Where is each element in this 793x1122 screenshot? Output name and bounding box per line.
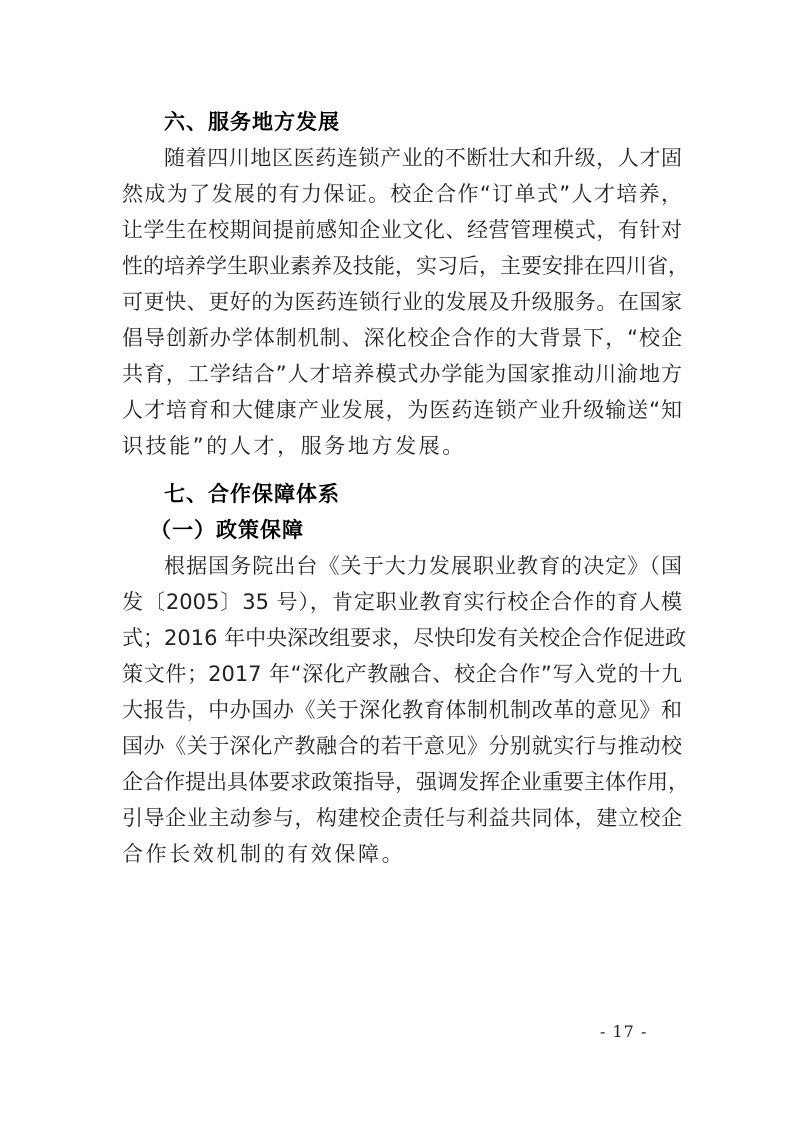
paragraph-line: 然成为了发展的有力保证。校企合作“订单式”人才培养， [122, 176, 682, 212]
page-number: - 17 - [600, 1022, 647, 1041]
paragraph-line: 随着四川地区医药连锁产业的不断壮大和升级，人才固 [164, 140, 682, 176]
subsection-heading: （一）政策保障 [150, 512, 304, 548]
paragraph-line: 引导企业主动参与，构建校企责任与利益共同体，建立校企 [122, 800, 682, 836]
paragraph-line: 可更快、更好的为医药连锁行业的发展及升级服务。在国家 [122, 284, 682, 320]
paragraph-line: 企合作提出具体要求政策指导，强调发挥企业重要主体作用， [122, 764, 682, 800]
paragraph-line: 共育，工学结合”人才培养模式办学能为国家推动川渝地方 [122, 356, 682, 392]
paragraph-line: 合作长效机制的有效保障。 [122, 836, 682, 872]
paragraph-line: 根据国务院出台《关于大力发展职业教育的决定》（国 [164, 548, 682, 584]
paragraph-line: 让学生在校期间提前感知企业文化、经营管理模式，有针对 [122, 212, 682, 248]
section-heading-6: 六、服务地方发展 [164, 104, 340, 140]
paragraph-line: 倡导创新办学体制机制、深化校企合作的大背景下，“校企 [122, 320, 682, 356]
paragraph-line: 大报告，中办国办《关于深化教育体制机制改革的意见》和 [122, 692, 682, 728]
paragraph-line: 国办《关于深化产教融合的若干意见》分别就实行与推动校 [122, 728, 682, 764]
paragraph-line: 识技能”的人才，服务地方发展。 [122, 428, 682, 464]
document-page: 六、服务地方发展 随着四川地区医药连锁产业的不断壮大和升级，人才固 然成为了发展… [0, 0, 793, 1122]
paragraph-line: 性的培养学生职业素养及技能，实习后，主要安排在四川省， [122, 248, 682, 284]
paragraph-line: 发〔2005〕35 号），肯定职业教育实行校企合作的育人模 [122, 584, 682, 620]
paragraph-line: 人才培育和大健康产业发展，为医药连锁产业升级输送“知 [122, 392, 682, 428]
paragraph-line: 式；2016 年中央深改组要求，尽快印发有关校企合作促进政 [122, 620, 682, 656]
paragraph-line: 策文件；2017 年“深化产教融合、校企合作”写入党的十九 [122, 656, 682, 692]
section-heading-7: 七、合作保障体系 [164, 476, 340, 512]
